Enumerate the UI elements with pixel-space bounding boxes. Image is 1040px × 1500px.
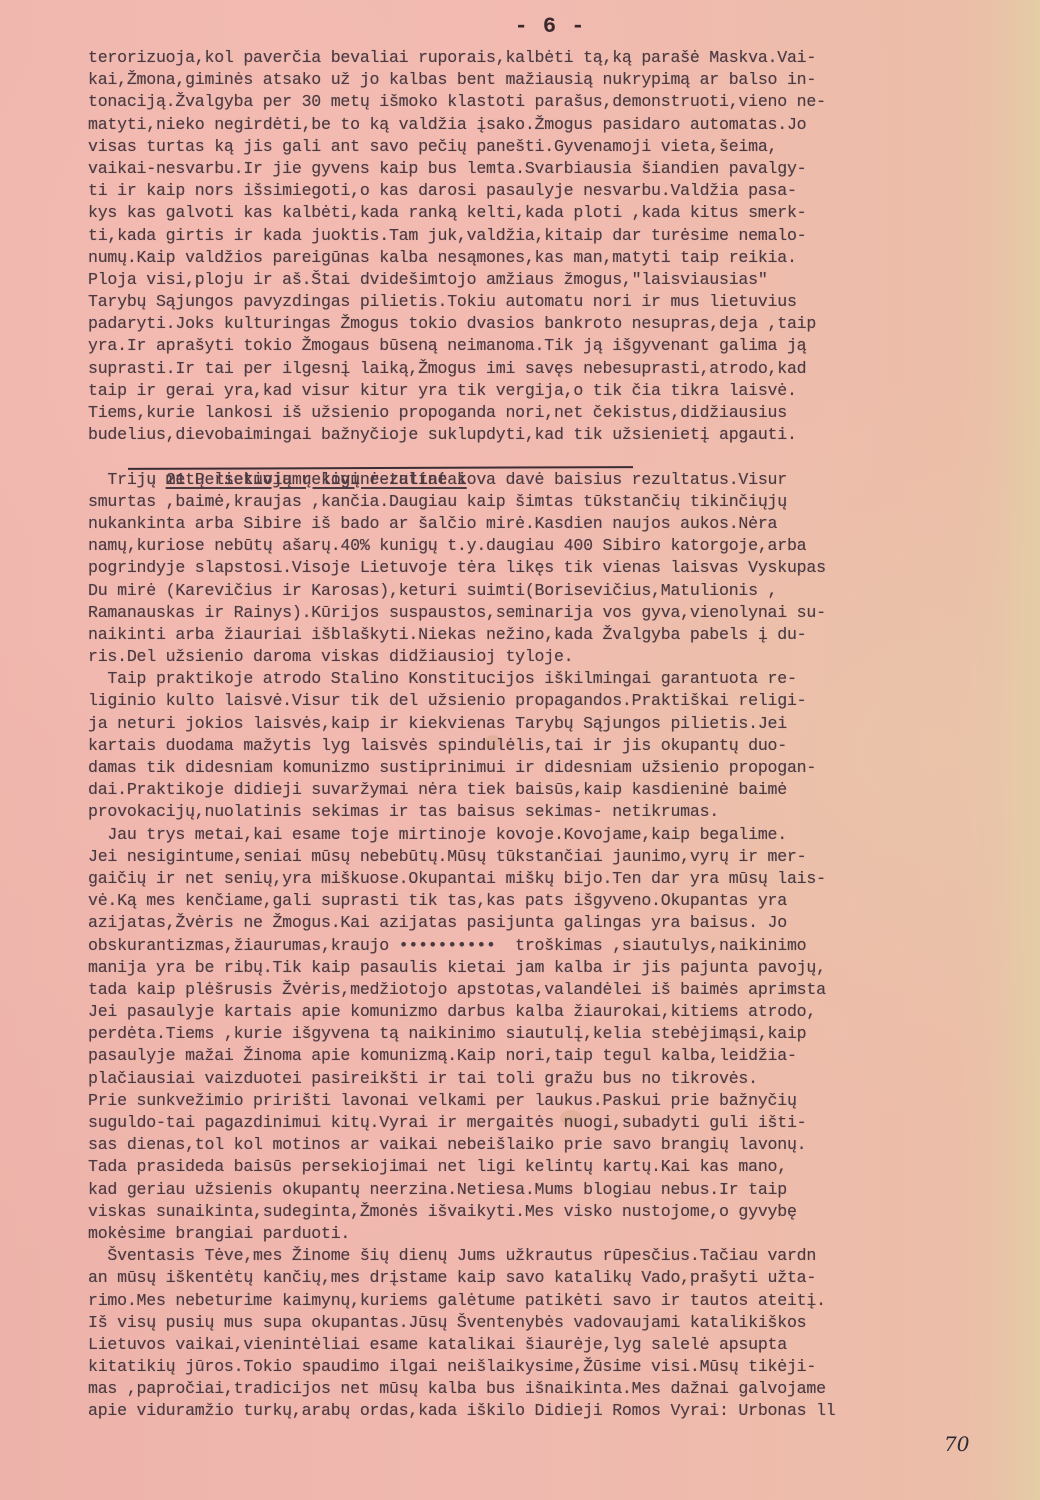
text-line: liginio kulto laisvė.Visur tik del užsie… bbox=[88, 690, 1028, 712]
text-line: Lietuvos vaikai,vienintėliai esame katal… bbox=[88, 1334, 1028, 1356]
text-line: mas ,papročiai,tradicijos net mūsų kalba… bbox=[88, 1378, 1028, 1400]
text-line: terorizuoja,kol paverčia bevaliai rupora… bbox=[88, 47, 1028, 69]
text-line: vaikai-nesvarbu.Ir jie gyvens kaip bus l… bbox=[88, 158, 1028, 180]
text-line: Iš visų pusių mus supa okupantas.Jūsų Šv… bbox=[88, 1312, 1028, 1334]
text-line: suguldo-tai pagazdinimui kitų.Vyrai ir m… bbox=[88, 1112, 1028, 1134]
paragraph-block-results: Trijų metų lietuvių religinė-tatinė kova… bbox=[88, 469, 1028, 1423]
text-line: smurtas ,baimė,kraujas ,kančia.Daugiau k… bbox=[88, 491, 1028, 513]
text-line: Tiems,kurie lankosi iš užsienio propogan… bbox=[88, 402, 1028, 424]
text-line: Ramanauskas ir Rainys).Kūrijos suspausto… bbox=[88, 602, 1028, 624]
text-line: azijatas,Žvėris ne Žmogus.Kai azijatas p… bbox=[88, 912, 1028, 934]
text-line: ja neturi jokios laisvės,kaip ir kiekvie… bbox=[88, 713, 1028, 735]
text-line: manija yra be ribų.Tik kaip pasaulis kie… bbox=[88, 957, 1028, 979]
text-line: vė.Ką mes kenčiame,gali suprasti tik tas… bbox=[88, 890, 1028, 912]
text-line: Tada prasideda baisūs persekiojimai net … bbox=[88, 1156, 1028, 1178]
text-line: visas turtas ką jis gali ant savo pečių … bbox=[88, 136, 1028, 158]
text-line: Jei nesigintume,seniai mūsų nebebūtų.Mūs… bbox=[88, 846, 1028, 868]
text-line: sas dienas,tol kol motinos ar vaikai neb… bbox=[88, 1134, 1028, 1156]
text-line: kitatikių jūros.Tokio spaudimo ilgai nei… bbox=[88, 1356, 1028, 1378]
text-line: Taip praktikoje atrodo Stalino Konstituc… bbox=[88, 668, 1028, 690]
text-line: numų.Kaip valdžios pareigūnas kalba nesą… bbox=[88, 247, 1028, 269]
text-line: Šventasis Tėve,mes Žinome šių dienų Jums… bbox=[88, 1245, 1028, 1267]
document-body: terorizuoja,kol paverčia bevaliai rupora… bbox=[88, 47, 1028, 1423]
text-line: Tarybų Sąjungos pavyzdingas pilietis.Tok… bbox=[88, 291, 1028, 313]
text-line: nukankinta arba Sibire iš bado ar šalčio… bbox=[88, 513, 1028, 535]
text-line: padaryti.Joks kulturingas Žmogus tokio d… bbox=[88, 313, 1028, 335]
text-line: kai,Žmona,giminės atsako už jo kalbas be… bbox=[88, 69, 1028, 91]
text-line: suprasti.Ir tai per ilgesnį laiką,Žmogus… bbox=[88, 358, 1028, 380]
text-line: ti ir kaip nors išsimiegoti,o kas darosi… bbox=[88, 180, 1028, 202]
text-line: apie viduramžio turkų,arabų ordas,kada i… bbox=[88, 1400, 1028, 1422]
text-line: an mūsų iškentėtų kančių,mes drįstame ka… bbox=[88, 1267, 1028, 1289]
text-line: kad geriau užsienis okupantų neerzina.Ne… bbox=[88, 1179, 1028, 1201]
text-line: pogrindyje slapstosi.Visoje Lietuvoje tė… bbox=[88, 557, 1028, 579]
text-line: ti,kada girtis ir kada juoktis.Tam juk,v… bbox=[88, 225, 1028, 247]
text-line: damas tik didesniam komunizmo sustiprini… bbox=[88, 757, 1028, 779]
text-line: kys kas galvoti kas kalbėti,kada ranką k… bbox=[88, 202, 1028, 224]
text-line: tonaciją.Žvalgyba per 30 metų išmoko kla… bbox=[88, 91, 1028, 113]
text-line: gaičių ir net senių,yra miškuose.Okupant… bbox=[88, 868, 1028, 890]
paragraph-block-intro: terorizuoja,kol paverčia bevaliai rupora… bbox=[88, 47, 1028, 446]
text-line: provokacijų,nuolatinis sekimas ir tas ba… bbox=[88, 801, 1028, 823]
text-line: viskas sunaikinta,sudeginta,Žmonės išvai… bbox=[88, 1201, 1028, 1223]
text-line: perdėta.Tiems ,kurie išgyvena tą naikini… bbox=[88, 1023, 1028, 1045]
text-line: dai.Praktikoje didieji suvaržymai nėra t… bbox=[88, 779, 1028, 801]
text-line: ris.Del užsienio daroma viskas didžiausi… bbox=[88, 646, 1028, 668]
handwritten-folio-number: 70 bbox=[944, 1432, 969, 1456]
text-line: Ploja visi,ploju ir aš.Štai dvidešimtojo… bbox=[88, 269, 1028, 291]
text-line: taip ir gerai yra,kad visur kitur yra ti… bbox=[88, 380, 1028, 402]
text-line: Du mirė (Karevičius ir Karosas),keturi s… bbox=[88, 580, 1028, 602]
section-heading: 21 Persekiojamų kovų rezultatai bbox=[88, 446, 1028, 468]
page-number: - 6 - bbox=[0, 14, 1040, 39]
text-line: obskurantizmas,žiaurumas,kraujo ••••••••… bbox=[88, 935, 1028, 957]
section-heading-text: 21 Persekiojamų kovų rezultatai bbox=[166, 470, 467, 489]
text-line: matyti,nieko negirdėti,be to ką valdžia … bbox=[88, 114, 1028, 136]
text-line: kartais duodama mažytis lyg laisvės spin… bbox=[88, 735, 1028, 757]
text-line: Prie sunkvežimio pririšti lavonai velkam… bbox=[88, 1090, 1028, 1112]
text-line: rimo.Mes nebeturime kaimynų,kuriems galė… bbox=[88, 1290, 1028, 1312]
text-line: yra.Ir aprašyti tokio Žmogaus būseną nei… bbox=[88, 335, 1028, 357]
text-line: Jau trys metai,kai esame toje mirtinoje … bbox=[88, 824, 1028, 846]
text-line: mokėsime brangiai parduoti. bbox=[88, 1223, 1028, 1245]
text-line: naikinti arba žiauriai išblaškyti.Niekas… bbox=[88, 624, 1028, 646]
text-line: namų,kuriose nebūtų ašarų.40% kunigų t.y… bbox=[88, 535, 1028, 557]
text-line: plačiausiai vaizduotei pasireikšti ir ta… bbox=[88, 1068, 1028, 1090]
text-line: pasaulyje mažai Žinoma apie komunizmą.Ka… bbox=[88, 1045, 1028, 1067]
text-line: tada kaip plėšrusis Žvėris,medžiotojo ap… bbox=[88, 979, 1028, 1001]
text-line: Jei pasaulyje kartais apie komunizmo dar… bbox=[88, 1001, 1028, 1023]
text-line: budelius,dievobaimingai bažnyčioje suklu… bbox=[88, 424, 1028, 446]
